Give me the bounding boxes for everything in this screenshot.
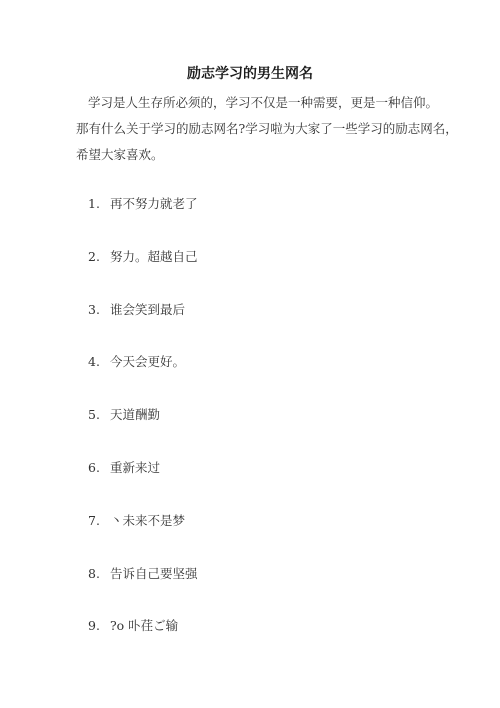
item-number: 4. xyxy=(88,352,106,372)
list-item: 2. 努力。超越自己 xyxy=(88,247,198,300)
intro-paragraph: 学习是人生存所必须的，学习不仅是一种需要，更是一种信仰。 那有什么关于学习的励志… xyxy=(76,90,456,168)
name-list: 1. 再不努力就老了 2. 努力。超越自己 3. 谁会笑到最后 4. 今天会更好… xyxy=(88,194,198,669)
item-number: 7. xyxy=(88,511,106,531)
intro-line-3: 希望大家喜欢。 xyxy=(76,142,456,168)
item-number: 8. xyxy=(88,564,106,584)
item-number: 1. xyxy=(88,194,106,214)
item-number: 2. xyxy=(88,247,106,267)
item-text: 重新来过 xyxy=(110,458,160,478)
list-item: 4. 今天会更好。 xyxy=(88,352,198,405)
intro-line-1: 学习是人生存所必须的，学习不仅是一种需要，更是一种信仰。 xyxy=(76,90,456,116)
item-text: 告诉自己要坚强 xyxy=(110,564,198,584)
item-text: 天道酬勤 xyxy=(110,405,160,425)
document-title: 励志学习的男生网名 xyxy=(0,64,500,84)
item-number: 9. xyxy=(88,616,106,636)
list-item: 9. ?o 卟荏ご输 xyxy=(88,616,198,669)
intro-line-2: 那有什么关于学习的励志网名?学习啦为大家了一些学习的励志网名， xyxy=(76,116,456,142)
list-item: 6. 重新来过 xyxy=(88,458,198,511)
list-item: 1. 再不努力就老了 xyxy=(88,194,198,247)
list-item: 8. 告诉自己要坚强 xyxy=(88,564,198,617)
item-number: 5. xyxy=(88,405,106,425)
item-text: 努力。超越自己 xyxy=(110,247,198,267)
item-number: 3. xyxy=(88,300,106,320)
document-page: 励志学习的男生网名 学习是人生存所必须的，学习不仅是一种需要，更是一种信仰。 那… xyxy=(0,0,500,708)
item-text: 再不努力就老了 xyxy=(110,194,198,214)
list-item: 3. 谁会笑到最后 xyxy=(88,300,198,353)
item-number: 6. xyxy=(88,458,106,478)
item-text: 谁会笑到最后 xyxy=(110,300,185,320)
item-text: 今天会更好。 xyxy=(110,352,185,372)
item-text: 丶未来不是梦 xyxy=(110,511,185,531)
list-item: 5. 天道酬勤 xyxy=(88,405,198,458)
list-item: 7. 丶未来不是梦 xyxy=(88,511,198,564)
item-text: ?o 卟荏ご输 xyxy=(110,616,178,636)
